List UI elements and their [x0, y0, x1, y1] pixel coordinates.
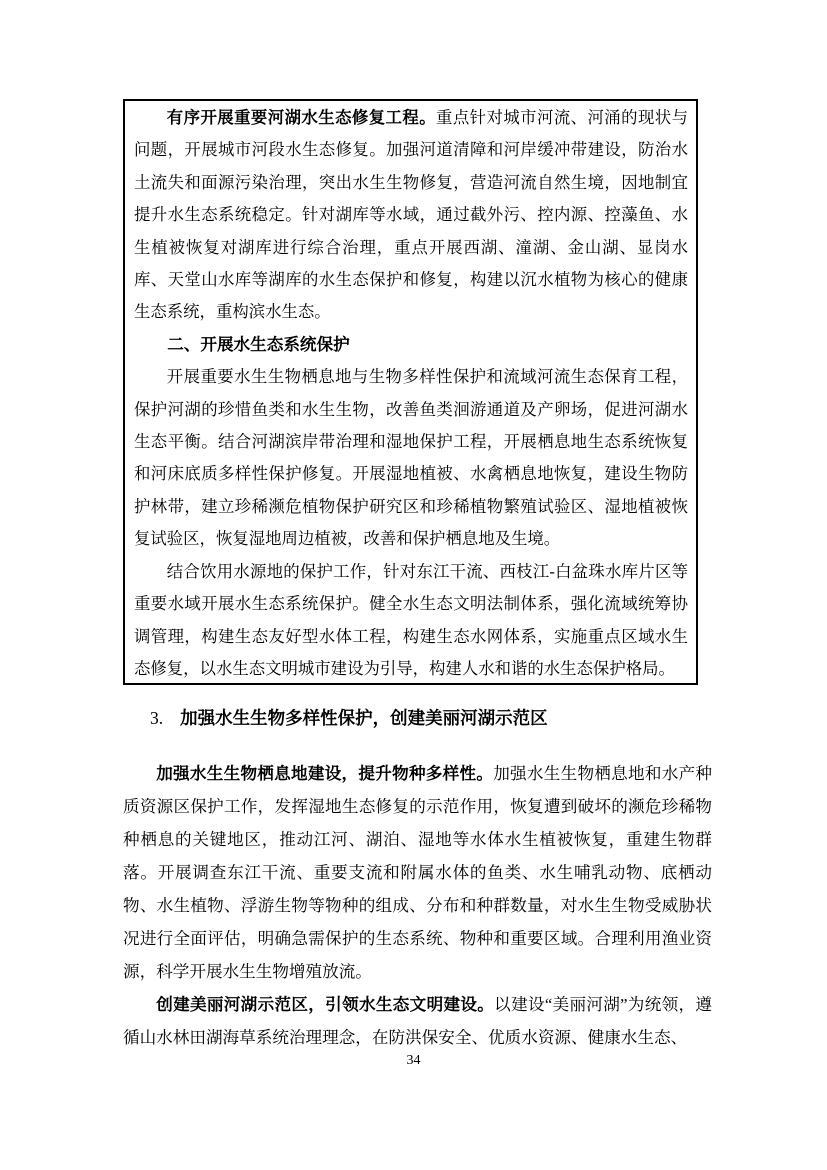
section-3-heading: 3.加强水生生物多样性保护，创建美丽河湖示范区 [123, 706, 712, 730]
box-paragraph-1: 有序开展重要河湖水生态修复工程。重点针对城市河流、河涌的现状与问题，开展城市河段… [134, 102, 688, 329]
section-3-paragraph-1: 加强水生生物栖息地建设，提升物种多样性。加强水生生物栖息地和水产种质资源区保护工… [123, 757, 712, 988]
document-page: 有序开展重要河湖水生态修复工程。重点针对城市河流、河涌的现状与问题，开展城市河段… [0, 0, 827, 1170]
box-paragraph-3-text: 结合饮用水源地的保护工作，针对东江干流、西枝江-白盆珠水库片区等重要水域开展水生… [134, 562, 688, 678]
section-3-paragraph-2-lead: 创建美丽河湖示范区，引领水生态文明建设。 [156, 995, 494, 1014]
box-paragraph-1-lead: 有序开展重要河湖水生态修复工程。 [167, 109, 436, 127]
section-3-number: 3. [150, 708, 163, 728]
bordered-text-box: 有序开展重要河湖水生态修复工程。重点针对城市河流、河涌的现状与问题，开展城市河段… [123, 99, 698, 685]
section-3-paragraph-1-lead: 加强水生生物栖息地建设，提升物种多样性。 [156, 764, 493, 783]
box-subheading-text: 二、开展水生态系统保护 [167, 335, 350, 354]
section-3-paragraph-2: 创建美丽河湖示范区，引领水生态文明建设。以建设“美丽河湖”为统领，遵循山水林田湖… [123, 988, 712, 1054]
section-3-title: 加强水生生物多样性保护，创建美丽河湖示范区 [180, 708, 548, 728]
box-paragraph-2-text: 开展重要水生生物栖息地与生物多样性保护和流域河流生态保育工程，保护河湖的珍惜鱼类… [134, 367, 688, 548]
section-3-content: 3.加强水生生物多样性保护，创建美丽河湖示范区 加强水生生物栖息地建设，提升物种… [123, 706, 712, 1054]
box-paragraph-1-text: 重点针对城市河流、河涌的现状与问题，开展城市河段水生态修复。加强河道清障和河岸缓… [134, 108, 688, 321]
box-subheading: 二、开展水生态系统保护 [134, 329, 688, 361]
box-paragraph-3: 结合饮用水源地的保护工作，针对东江干流、西枝江-白盆珠水库片区等重要水域开展水生… [134, 556, 688, 685]
page-number: 34 [0, 1052, 827, 1070]
box-paragraph-2: 开展重要水生生物栖息地与生物多样性保护和流域河流生态保育工程，保护河湖的珍惜鱼类… [134, 361, 688, 555]
section-3-paragraph-1-text: 加强水生生物栖息地和水产种质资源区保护工作，发挥湿地生态修复的示范作用，恢复遭到… [123, 764, 712, 981]
